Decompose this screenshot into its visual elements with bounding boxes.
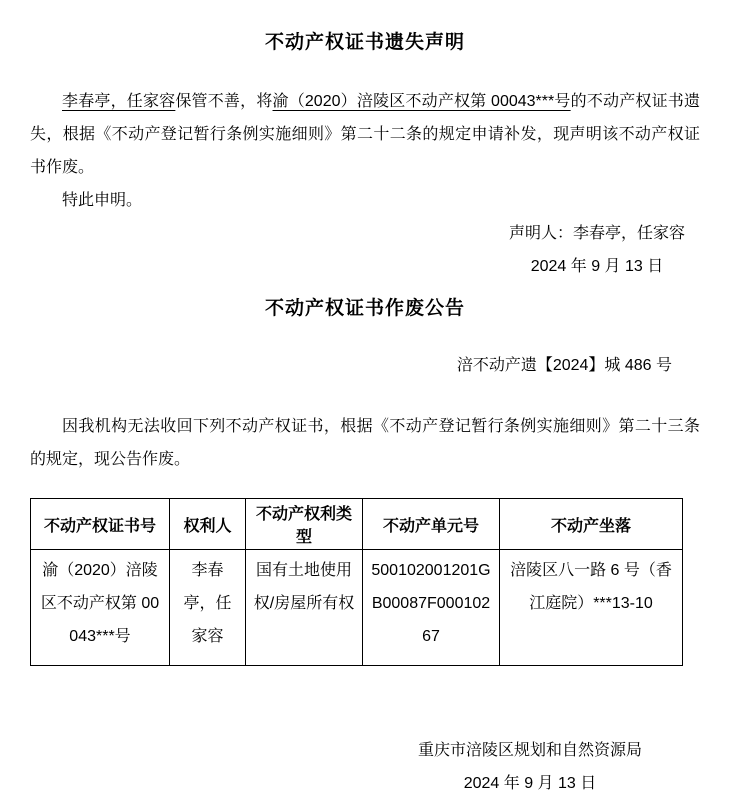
declaration-body-middle: 保管不善，将 xyxy=(175,93,272,110)
signer-line: 声明人：李春亭，任家容 xyxy=(509,217,685,250)
header-location: 不动产坐落 xyxy=(500,499,683,550)
lost-certificate-number: 渝（2020）涪陵区不动产权第 00043***号 xyxy=(273,93,571,110)
document-page: 不动产权证书遗失声明 李春亭，任家容保管不善，将渝（2020）涪陵区不动产权第 … xyxy=(0,0,730,811)
header-right-type: 不动产权利类型 xyxy=(246,499,363,550)
header-unit-number: 不动产单元号 xyxy=(363,499,500,550)
issuer-block: 重庆市涪陵区规划和自然资源局 2024 年 9 月 13 日 xyxy=(418,734,642,800)
announcement-date: 2024 年 9 月 13 日 xyxy=(418,767,642,800)
declarant-names: 李春亭，任家容 xyxy=(62,93,175,110)
announcement-title: 不动产权证书作废公告 xyxy=(30,297,700,321)
header-right-holder: 权利人 xyxy=(170,499,246,550)
table-header-row: 不动产权证书号 权利人 不动产权利类型 不动产单元号 不动产坐落 xyxy=(31,499,683,550)
declaration-date: 2024 年 9 月 13 日 xyxy=(509,250,685,283)
cell-right-holder: 李春亭，任家容 xyxy=(170,550,246,666)
declaration-title: 不动产权证书遗失声明 xyxy=(30,0,700,55)
cell-unit-number: 500102001201GB00087F00010267 xyxy=(363,550,500,666)
document-number: 涪不动产遗【2024】城 486 号 xyxy=(30,349,672,382)
cell-certificate-number: 渝（2020）涪陵区不动产权第 00043***号 xyxy=(31,550,170,666)
cell-right-type: 国有土地使用权/房屋所有权 xyxy=(246,550,363,666)
header-certificate-number: 不动产权证书号 xyxy=(31,499,170,550)
table-row: 渝（2020）涪陵区不动产权第 00043***号 李春亭，任家容 国有土地使用… xyxy=(31,550,683,666)
declaration-body: 李春亭，任家容保管不善，将渝（2020）涪陵区不动产权第 00043***号的不… xyxy=(30,85,700,184)
cell-location: 涪陵区八一路 6 号（香江庭院）***13-10 xyxy=(500,550,683,666)
signature-block: 声明人：李春亭，任家容 2024 年 9 月 13 日 xyxy=(509,217,685,283)
announcement-body: 因我机构无法收回下列不动产权证书，根据《不动产登记暂行条例实施细则》第二十三条的… xyxy=(30,410,700,476)
certificates-table: 不动产权证书号 权利人 不动产权利类型 不动产单元号 不动产坐落 渝（2020）… xyxy=(30,498,683,666)
issuer-name: 重庆市涪陵区规划和自然资源局 xyxy=(418,734,642,767)
declaration-closing: 特此申明。 xyxy=(30,184,700,217)
